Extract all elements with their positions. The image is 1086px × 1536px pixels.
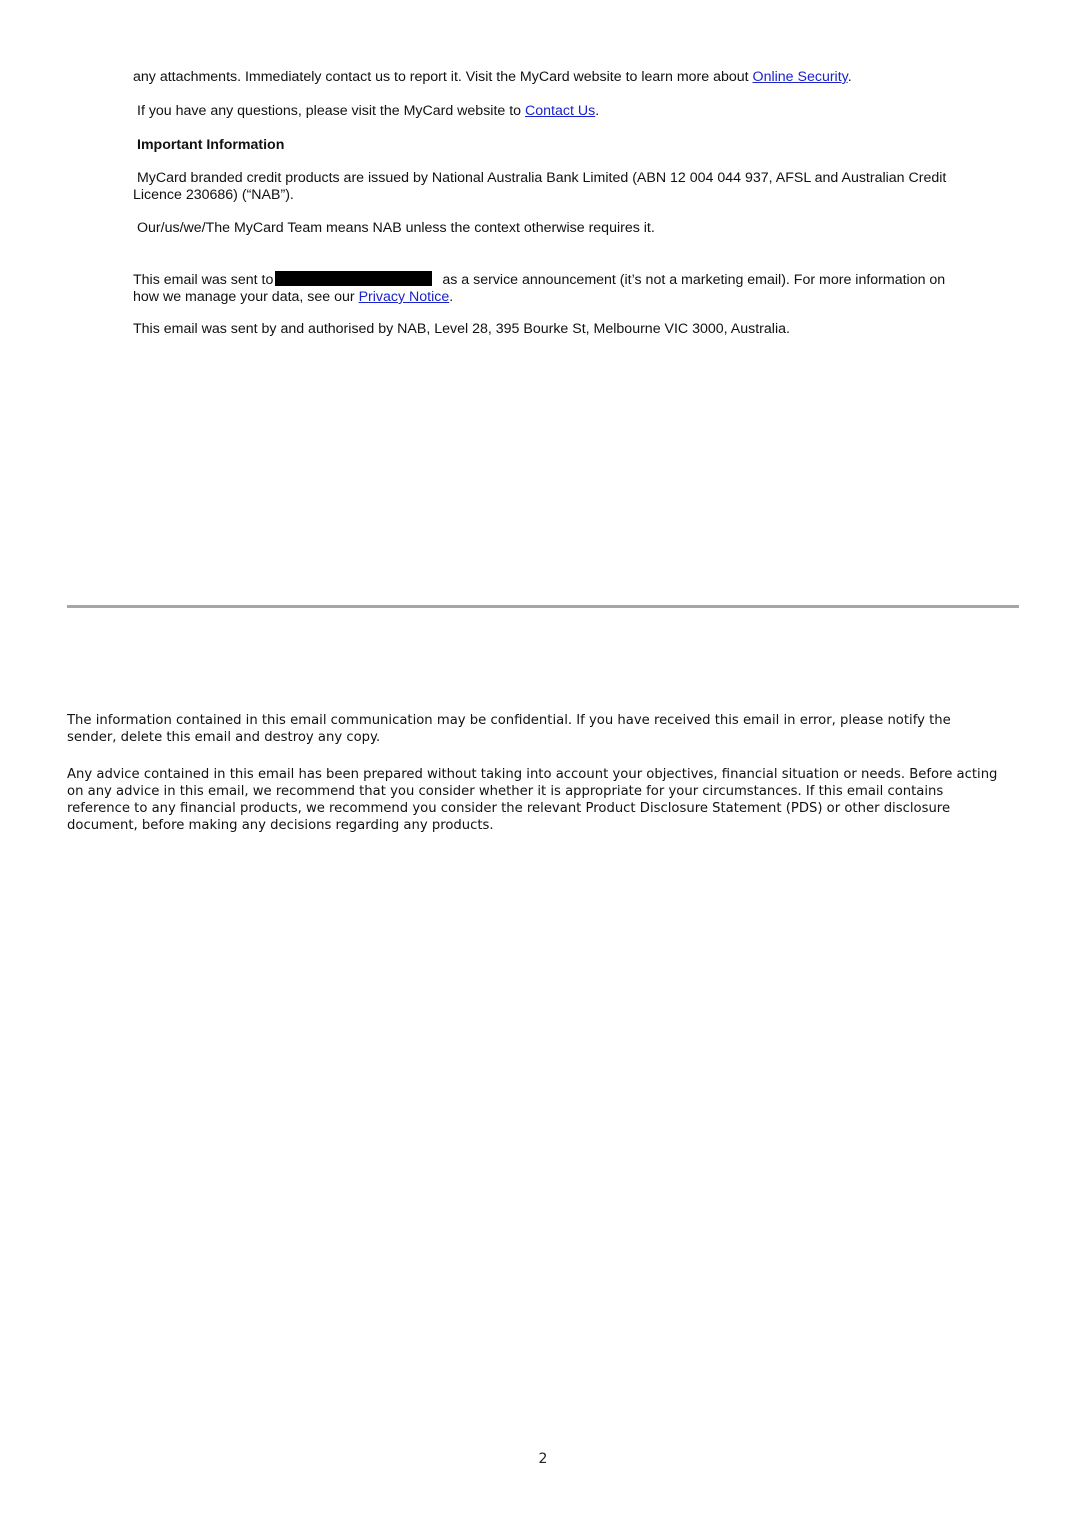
advice-notice: Any advice contained in this email has b… — [67, 766, 1002, 834]
confidentiality-notice: The information contained in this email … — [67, 712, 1002, 746]
definition-paragraph: Our/us/we/The MyCard Team means NAB unle… — [133, 220, 655, 237]
sent-to-prefix: This email was sent to — [133, 272, 273, 288]
privacy-notice-link[interactable]: Privacy Notice — [359, 289, 450, 305]
contact-paragraph: If you have any questions, please visit … — [133, 103, 599, 120]
page-number: 2 — [0, 1451, 1086, 1467]
sent-to-suffix: . — [449, 289, 453, 305]
horizontal-divider — [67, 605, 1019, 608]
sent-to-paragraph: This email was sent toas a service annou… — [133, 271, 953, 306]
issuer-paragraph: MyCard branded credit products are issue… — [133, 170, 953, 204]
security-text: any attachments. Immediately contact us … — [133, 69, 753, 85]
security-paragraph: any attachments. Immediately contact us … — [133, 69, 852, 86]
online-security-link[interactable]: Online Security — [753, 69, 848, 85]
contact-suffix: . — [595, 103, 599, 119]
important-information-heading: Important Information — [133, 137, 284, 154]
contact-us-link[interactable]: Contact Us — [525, 103, 595, 119]
authorised-paragraph: This email was sent by and authorised by… — [133, 321, 790, 338]
contact-text: If you have any questions, please visit … — [137, 103, 525, 119]
redacted-email-address — [275, 271, 432, 286]
security-suffix: . — [848, 69, 852, 85]
issuer-text: MyCard branded credit products are issue… — [133, 170, 946, 203]
